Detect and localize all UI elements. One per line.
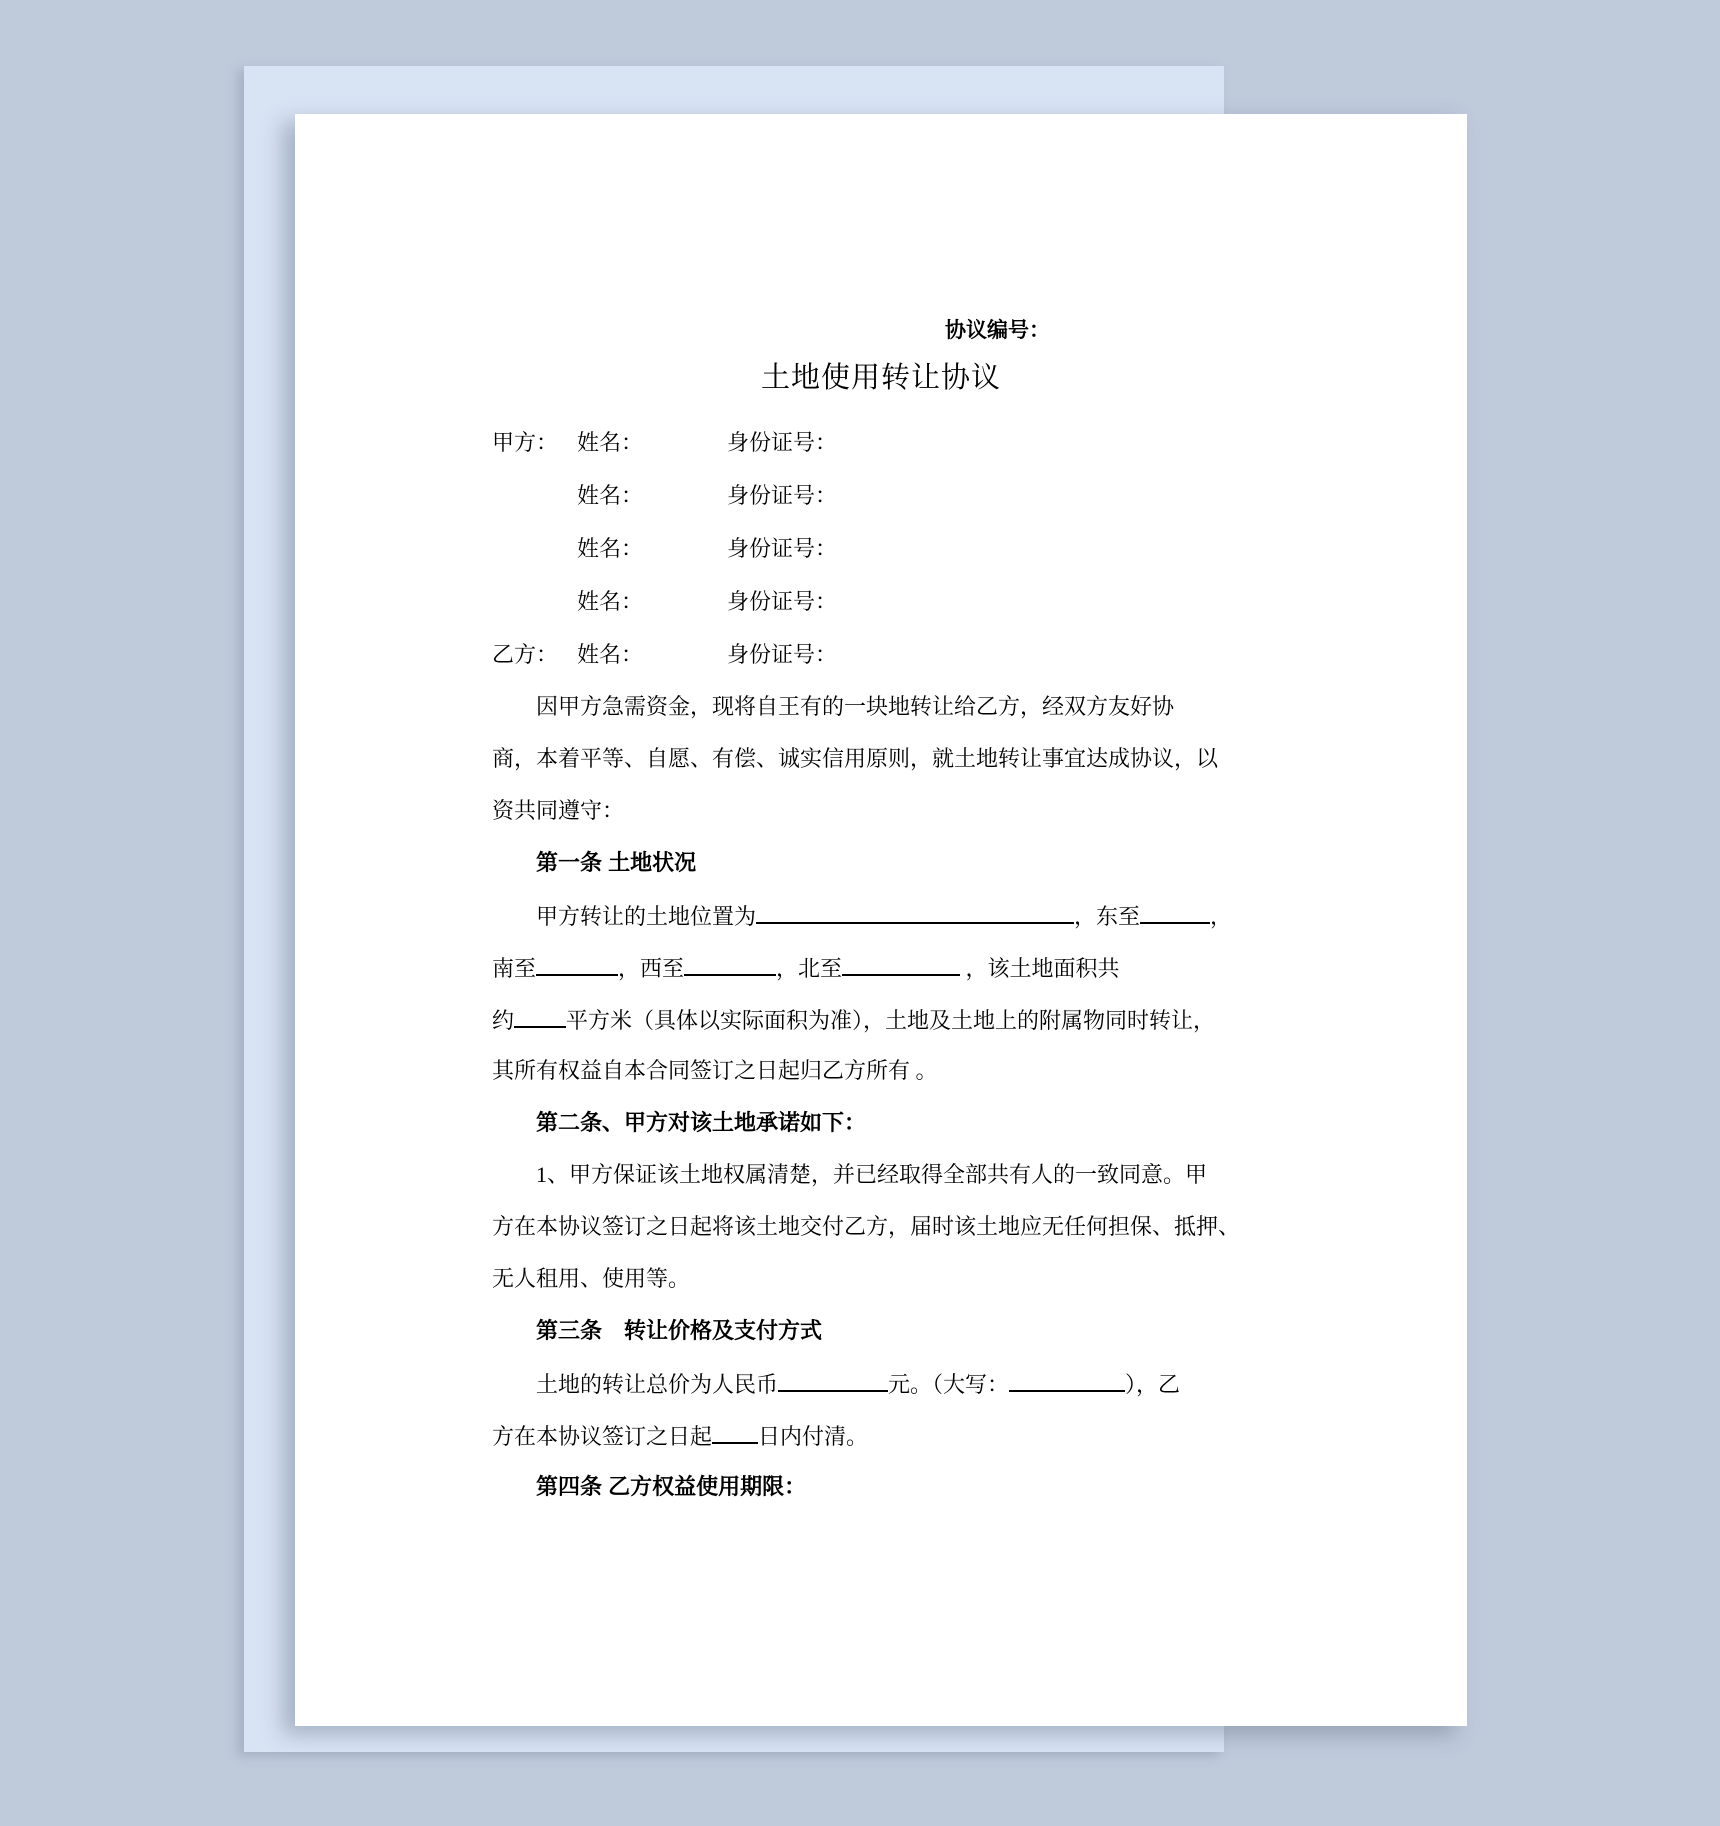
party-id-label: 身份证号：: [727, 628, 1206, 681]
text-segment: 南至: [492, 956, 536, 981]
document-title: 土地使用转让协议: [295, 356, 1467, 400]
body-line: 约平方米（具体以实际面积为准），土地及土地上的附属物同时转让，: [492, 993, 1206, 1045]
party-row: 姓名：身份证号：: [492, 575, 1206, 628]
text-segment: 平方米（具体以实际面积为准），土地及土地上的附属物同时转让，: [566, 1008, 1215, 1033]
body-line: 方在本协议签订之日起将该土地交付乙方，届时该土地应无任何担保、抵押、: [492, 1201, 1206, 1253]
party-id-label: 身份证号：: [727, 469, 1206, 522]
text-segment: 第二条、甲方对该土地承诺如下：: [536, 1110, 866, 1135]
text-segment: 方在本协议签订之日起将该土地交付乙方，届时该土地应无任何担保、抵押、: [492, 1214, 1240, 1239]
body-line: 方在本协议签订之日起日内付清。: [492, 1409, 1206, 1461]
text-segment: 甲方转让的土地位置为: [536, 904, 756, 929]
text-segment: ，西至: [618, 956, 684, 981]
fill-in-blank: [1140, 889, 1210, 924]
party-role-label: 乙方：: [492, 628, 577, 681]
party-role-label: [492, 522, 577, 575]
body-line: 资共同遵守：: [492, 785, 1206, 837]
fill-in-blank: [684, 941, 776, 976]
text-segment: 第四条 乙方权益使用期限：: [536, 1474, 806, 1499]
section-heading: 第三条 转让价格及支付方式: [492, 1305, 1206, 1357]
contract-body: 因甲方急需资金，现将自王有的一块地转让给乙方，经双方友好协商，本着平等、自愿、有…: [492, 681, 1206, 1513]
body-line: 无人租用、使用等。: [492, 1253, 1206, 1305]
document-page: 协议编号： 土地使用转让协议 甲方：姓名：身份证号：姓名：身份证号：姓名：身份证…: [295, 114, 1467, 1726]
text-segment: 元。（大写：: [888, 1372, 1009, 1397]
text-segment: ，东至: [1074, 904, 1140, 929]
text-segment: ，: [1210, 904, 1232, 929]
party-name-label: 姓名：: [577, 575, 727, 628]
party-role-label: 甲方：: [492, 416, 577, 469]
party-row: 姓名：身份证号：: [492, 469, 1206, 522]
text-segment: 无人租用、使用等。: [492, 1266, 690, 1291]
section-heading: 第四条 乙方权益使用期限：: [492, 1461, 1206, 1513]
body-line: 南至，西至，北至 ，该土地面积共: [492, 941, 1206, 993]
party-role-label: [492, 575, 577, 628]
text-segment: 1、甲方保证该土地权属清楚，并已经取得全部共有人的一致同意。甲: [536, 1162, 1207, 1187]
text-segment: 方在本协议签订之日起: [492, 1424, 712, 1449]
party-id-label: 身份证号：: [727, 575, 1206, 628]
party-row: 甲方：姓名：身份证号：: [492, 416, 1206, 469]
fill-in-blank: [712, 1409, 758, 1444]
fill-in-blank: [536, 941, 618, 976]
text-segment: 日内付清。: [758, 1424, 868, 1449]
body-line: 甲方转让的土地位置为，东至，: [492, 889, 1206, 941]
text-segment: 约: [492, 1008, 514, 1033]
text-segment: ，该土地面积共: [960, 956, 1120, 981]
party-role-label: [492, 469, 577, 522]
fill-in-blank: [1009, 1357, 1125, 1392]
body-line: 其所有权益自本合同签订之日起归乙方所有 。: [492, 1045, 1206, 1097]
party-name-label: 姓名：: [577, 628, 727, 681]
body-line: 土地的转让总价为人民币元。（大写：），乙: [492, 1357, 1206, 1409]
agreement-number-label: 协议编号：: [945, 316, 1467, 346]
section-heading: 第一条 土地状况: [492, 837, 1206, 889]
text-segment: 第三条 转让价格及支付方式: [536, 1318, 822, 1343]
body-line: 1、甲方保证该土地权属清楚，并已经取得全部共有人的一致同意。甲: [492, 1149, 1206, 1201]
party-row: 姓名：身份证号：: [492, 522, 1206, 575]
parties-block: 甲方：姓名：身份证号：姓名：身份证号：姓名：身份证号：姓名：身份证号：乙方：姓名…: [492, 416, 1206, 681]
party-name-label: 姓名：: [577, 522, 727, 575]
fill-in-blank: [842, 941, 960, 976]
text-segment: 资共同遵守：: [492, 798, 624, 823]
party-name-label: 姓名：: [577, 469, 727, 522]
party-name-label: 姓名：: [577, 416, 727, 469]
section-heading: 第二条、甲方对该土地承诺如下：: [492, 1097, 1206, 1149]
text-segment: ，北至: [776, 956, 842, 981]
text-segment: 土地的转让总价为人民币: [536, 1372, 778, 1397]
text-segment: 其所有权益自本合同签订之日起归乙方所有 。: [492, 1058, 938, 1083]
fill-in-blank: [756, 889, 1074, 924]
text-segment: 商，本着平等、自愿、有偿、诚实信用原则，就土地转让事宜达成协议，以: [492, 746, 1218, 771]
party-id-label: 身份证号：: [727, 522, 1206, 575]
text-segment: 因甲方急需资金，现将自王有的一块地转让给乙方，经双方友好协: [536, 694, 1174, 719]
party-row: 乙方：姓名：身份证号：: [492, 628, 1206, 681]
fill-in-blank: [778, 1357, 888, 1392]
text-segment: ），乙: [1125, 1372, 1180, 1397]
text-segment: 第一条 土地状况: [536, 850, 696, 875]
body-line: 商，本着平等、自愿、有偿、诚实信用原则，就土地转让事宜达成协议，以: [492, 733, 1206, 785]
fill-in-blank: [514, 993, 566, 1028]
party-id-label: 身份证号：: [727, 416, 1206, 469]
body-line: 因甲方急需资金，现将自王有的一块地转让给乙方，经双方友好协: [492, 681, 1206, 733]
